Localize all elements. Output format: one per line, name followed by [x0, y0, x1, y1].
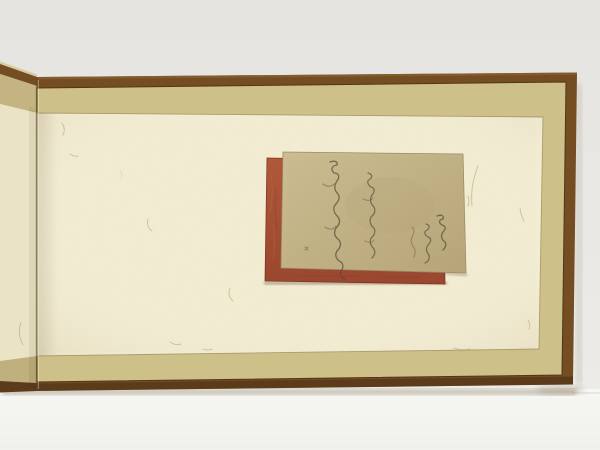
- photo-canvas: [0, 0, 600, 450]
- album-left-panel: [0, 62, 37, 393]
- red-grain-left: [268, 162, 281, 278]
- album-side-shadow: [576, 84, 582, 384]
- shikishi-artwork: [264, 152, 467, 285]
- photo-scene: [0, 0, 600, 450]
- table-surface: [0, 389, 600, 450]
- gold-paper-mottle: [345, 177, 435, 233]
- album-corner-shadow: [536, 385, 584, 395]
